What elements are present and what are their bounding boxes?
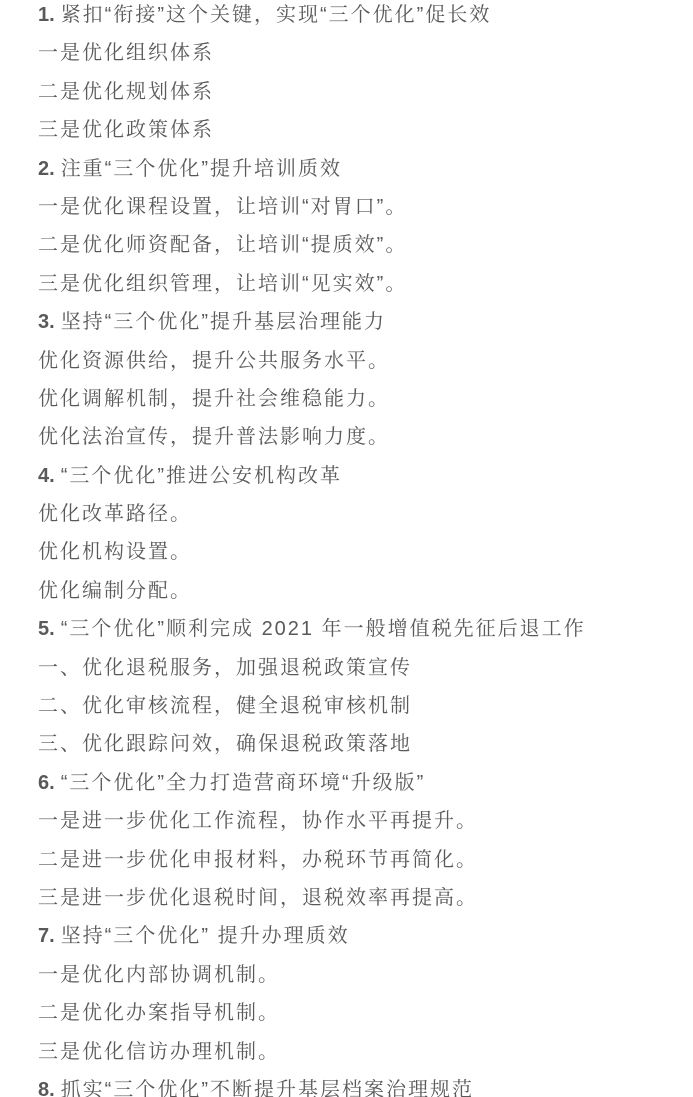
paragraph-text: 三是进一步优化退税时间，退税效率再提高。 (38, 887, 478, 909)
heading-text: “三个优化”顺利完成 2021 年一般增值税先征后退工作 (61, 618, 586, 640)
paragraph-text: 三是优化组织管理，让培训“见实效”。 (38, 273, 407, 295)
paragraph-line: 二是优化规划体系 (38, 79, 653, 105)
paragraph-text: 一是进一步优化工作流程，协作水平再提升。 (38, 810, 478, 832)
paragraph-line: 一是优化组织体系 (38, 40, 653, 66)
heading-line: 8.抓实“三个优化”不断提升基层档案治理规范 (38, 1077, 653, 1097)
heading-number: 8. (38, 1079, 55, 1097)
paragraph-line: 优化调解机制，提升社会维稳能力。 (38, 386, 653, 412)
heading-text: 紧扣“衔接”这个关键，实现“三个优化”促长效 (61, 4, 492, 26)
paragraph-line: 一是优化内部协调机制。 (38, 962, 653, 988)
heading-text: “三个优化”全力打造营商环境“升级版” (61, 772, 426, 794)
paragraph-line: 优化编制分配。 (38, 578, 653, 604)
paragraph-text: 二是优化师资配备，让培训“提质效”。 (38, 234, 407, 256)
paragraph-text: 优化改革路径。 (38, 503, 192, 525)
paragraph-line: 三是进一步优化退税时间，退税效率再提高。 (38, 885, 653, 911)
paragraph-line: 三是优化信访办理机制。 (38, 1039, 653, 1065)
heading-text: “三个优化”推进公安机构改革 (61, 465, 342, 487)
paragraph-line: 二是进一步优化申报材料，办税环节再简化。 (38, 847, 653, 873)
paragraph-text: 一是优化组织体系 (38, 42, 214, 64)
page: 1.紧扣“衔接”这个关键，实现“三个优化”促长效一是优化组织体系二是优化规划体系… (0, 0, 693, 1097)
paragraph-text: 一是优化课程设置，让培训“对胃口”。 (38, 196, 407, 218)
paragraph-text: 三、优化跟踪问效，确保退税政策落地 (38, 733, 412, 755)
paragraph-line: 三是优化政策体系 (38, 117, 653, 143)
paragraph-line: 二是优化师资配备，让培训“提质效”。 (38, 232, 653, 258)
paragraph-text: 二是优化规划体系 (38, 81, 214, 103)
paragraph-text: 优化调解机制，提升社会维稳能力。 (38, 388, 390, 410)
paragraph-line: 一、优化退税服务，加强退税政策宣传 (38, 655, 653, 681)
paragraph-line: 优化法治宣传，提升普法影响力度。 (38, 424, 653, 450)
heading-line: 4.“三个优化”推进公安机构改革 (38, 463, 653, 489)
paragraph-text: 优化资源供给，提升公共服务水平。 (38, 350, 390, 372)
heading-text: 坚持“三个优化”提升基层治理能力 (61, 311, 386, 333)
paragraph-text: 三是优化信访办理机制。 (38, 1041, 280, 1063)
paragraph-line: 一是进一步优化工作流程，协作水平再提升。 (38, 808, 653, 834)
paragraph-line: 优化改革路径。 (38, 501, 653, 527)
paragraph-line: 一是优化课程设置，让培训“对胃口”。 (38, 194, 653, 220)
paragraph-text: 三是优化政策体系 (38, 119, 214, 141)
paragraph-line: 二、优化审核流程，健全退税审核机制 (38, 693, 653, 719)
paragraph-text: 优化法治宣传，提升普法影响力度。 (38, 426, 390, 448)
heading-line: 6.“三个优化”全力打造营商环境“升级版” (38, 770, 653, 796)
heading-number: 2. (38, 158, 55, 180)
paragraph-text: 二是优化办案指导机制。 (38, 1002, 280, 1024)
heading-number: 1. (38, 4, 55, 26)
heading-text: 注重“三个优化”提升培训质效 (61, 158, 342, 180)
paragraph-text: 一、优化退税服务，加强退税政策宣传 (38, 657, 412, 679)
paragraph-text: 优化编制分配。 (38, 580, 192, 602)
heading-line: 3.坚持“三个优化”提升基层治理能力 (38, 309, 653, 335)
paragraph-line: 优化机构设置。 (38, 539, 653, 565)
heading-number: 4. (38, 465, 55, 487)
heading-number: 3. (38, 311, 55, 333)
heading-line: 5.“三个优化”顺利完成 2021 年一般增值税先征后退工作 (38, 616, 653, 642)
heading-number: 6. (38, 772, 55, 794)
document-body: 1.紧扣“衔接”这个关键，实现“三个优化”促长效一是优化组织体系二是优化规划体系… (0, 0, 693, 1097)
paragraph-line: 三是优化组织管理，让培训“见实效”。 (38, 271, 653, 297)
heading-line: 2.注重“三个优化”提升培训质效 (38, 156, 653, 182)
heading-text: 坚持“三个优化” 提升办理质效 (61, 925, 350, 947)
paragraph-text: 二是进一步优化申报材料，办税环节再简化。 (38, 849, 478, 871)
heading-number: 7. (38, 925, 55, 947)
paragraph-text: 优化机构设置。 (38, 541, 192, 563)
heading-number: 5. (38, 618, 55, 640)
document-lines: 1.紧扣“衔接”这个关键，实现“三个优化”促长效一是优化组织体系二是优化规划体系… (38, 2, 653, 1097)
paragraph-line: 优化资源供给，提升公共服务水平。 (38, 348, 653, 374)
paragraph-text: 一是优化内部协调机制。 (38, 964, 280, 986)
paragraph-line: 三、优化跟踪问效，确保退税政策落地 (38, 731, 653, 757)
heading-text: 抓实“三个优化”不断提升基层档案治理规范 (61, 1079, 474, 1097)
heading-line: 1.紧扣“衔接”这个关键，实现“三个优化”促长效 (38, 2, 653, 28)
paragraph-line: 二是优化办案指导机制。 (38, 1000, 653, 1026)
paragraph-text: 二、优化审核流程，健全退税审核机制 (38, 695, 412, 717)
heading-line: 7.坚持“三个优化” 提升办理质效 (38, 923, 653, 949)
